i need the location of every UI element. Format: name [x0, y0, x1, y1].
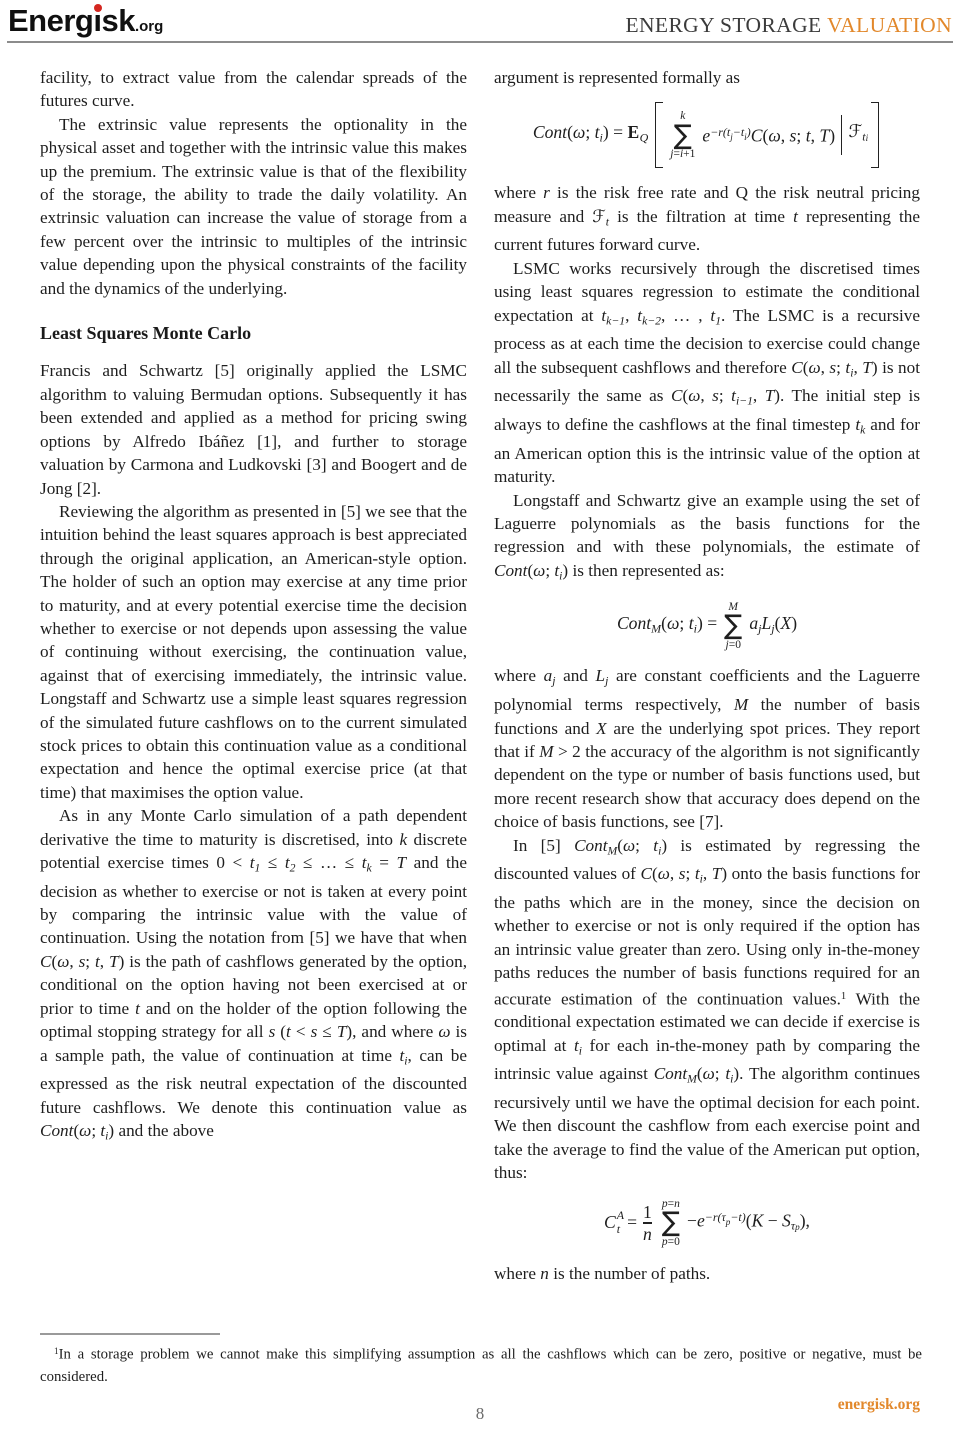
- formula-continuation-expectation: Cont(ω; ti) = EQ k ∑ j=i+1 e−r(tj−ti)C(ω…: [494, 102, 920, 168]
- subscript-t: t: [617, 1224, 624, 1236]
- fraction-one-over-n: 1 n: [643, 1203, 652, 1243]
- formula-american-put-value: C A t = 1 n p=n ∑ p=0 −e−r(τp−t)(K − Sτp…: [494, 1198, 920, 1249]
- formula3-lhs: C A t: [604, 1210, 624, 1236]
- paragraph-lsmc-recursive: LSMC works recursively through the discr…: [494, 257, 920, 489]
- superscript-A: A: [617, 1210, 624, 1222]
- left-column: facility, to extract value from the cale…: [40, 66, 467, 1328]
- sigma-icon: ∑: [724, 613, 742, 639]
- sum-lower-limit: j=0: [726, 639, 741, 652]
- formula1-filtration: ℱti: [848, 120, 868, 150]
- formula2-term: ajLj(X): [749, 612, 797, 641]
- sum-lower-limit: p=0: [662, 1236, 680, 1249]
- logo-org-suffix: .org: [135, 18, 163, 35]
- summation-symbol: M ∑ j=0: [724, 601, 742, 652]
- logo-text: Energ: [8, 3, 93, 38]
- paragraph-in-the-money-paths: In [5] ContM(ω; ti) is estimated by regr…: [494, 834, 920, 1185]
- running-head-accent: VALUATION: [827, 13, 952, 37]
- paragraph-number-of-paths: where n is the number of paths.: [494, 1262, 920, 1285]
- sum-lower-limit: j=i+1: [670, 148, 695, 161]
- paragraph-risk-free-rate: where r is the risk free rate and Q the …: [494, 181, 920, 256]
- sigma-icon: ∑: [662, 1210, 680, 1236]
- energisk-logo: Energısk.org: [8, 4, 163, 44]
- header-rule: [7, 41, 953, 43]
- summation-symbol: p=n ∑ p=0: [662, 1198, 680, 1249]
- formula-basis-function-regression: ContM(ω; ti) = M ∑ j=0 ajLj(X): [494, 601, 920, 652]
- footnote-rule: [40, 1333, 220, 1335]
- equals-sign: =: [627, 1211, 637, 1234]
- paragraph-laguerre-polynomials: Longstaff and Schwartz give an example u…: [494, 489, 920, 588]
- paper-page: Energısk.org ENERGY STORAGE VALUATION fa…: [0, 0, 960, 1438]
- paragraph-extrinsic-value: The extrinsic value represents the optio…: [40, 113, 467, 300]
- page-number: 8: [0, 1404, 960, 1424]
- paragraph-facility: facility, to extract value from the cale…: [40, 66, 467, 113]
- running-head-main: ENERGY STORAGE: [625, 13, 827, 37]
- conditioning-bar: [841, 115, 842, 155]
- formula1-lhs: Cont(ω; ti) = EQ: [533, 121, 648, 150]
- logo-i: ı: [93, 3, 101, 38]
- fraction-numerator: 1: [643, 1203, 652, 1221]
- formula2-lhs: ContM(ω; ti) =: [617, 612, 717, 641]
- fraction-denominator: n: [643, 1225, 652, 1243]
- masthead: Energısk.org ENERGY STORAGE VALUATION: [8, 4, 952, 40]
- running-head: ENERGY STORAGE VALUATION: [625, 13, 952, 38]
- right-bracket: [871, 102, 879, 168]
- formula1-term: e−r(tj−ti)C(ω, s; t, T): [702, 121, 835, 149]
- section-heading-lsmc: Least Squares Monte Carlo: [40, 322, 467, 345]
- paragraph-reviewing-algorithm: Reviewing the algorithm as presented in …: [40, 500, 467, 804]
- summation-symbol: k ∑ j=i+1: [670, 110, 695, 161]
- paragraph-argument-formal: argument is represented formally as: [494, 66, 920, 89]
- paragraph-francis-schwartz: Francis and Schwartz [5] originally appl…: [40, 359, 467, 499]
- footnote-text: 1In a storage problem we cannot make thi…: [40, 1340, 922, 1388]
- sigma-icon: ∑: [674, 123, 692, 149]
- formula3-term: −e−r(τp−t)(K − Sτp),: [687, 1206, 810, 1240]
- energisk-site-link[interactable]: energisk.org: [838, 1396, 920, 1414]
- left-bracket: [655, 102, 663, 168]
- paragraph-coefficients: where aj and Lj are constant coefficient…: [494, 664, 920, 833]
- paragraph-monte-carlo-discretisation: As in any Monte Carlo simulation of a pa…: [40, 804, 467, 1147]
- right-column: argument is represented formally as Cont…: [494, 66, 920, 1334]
